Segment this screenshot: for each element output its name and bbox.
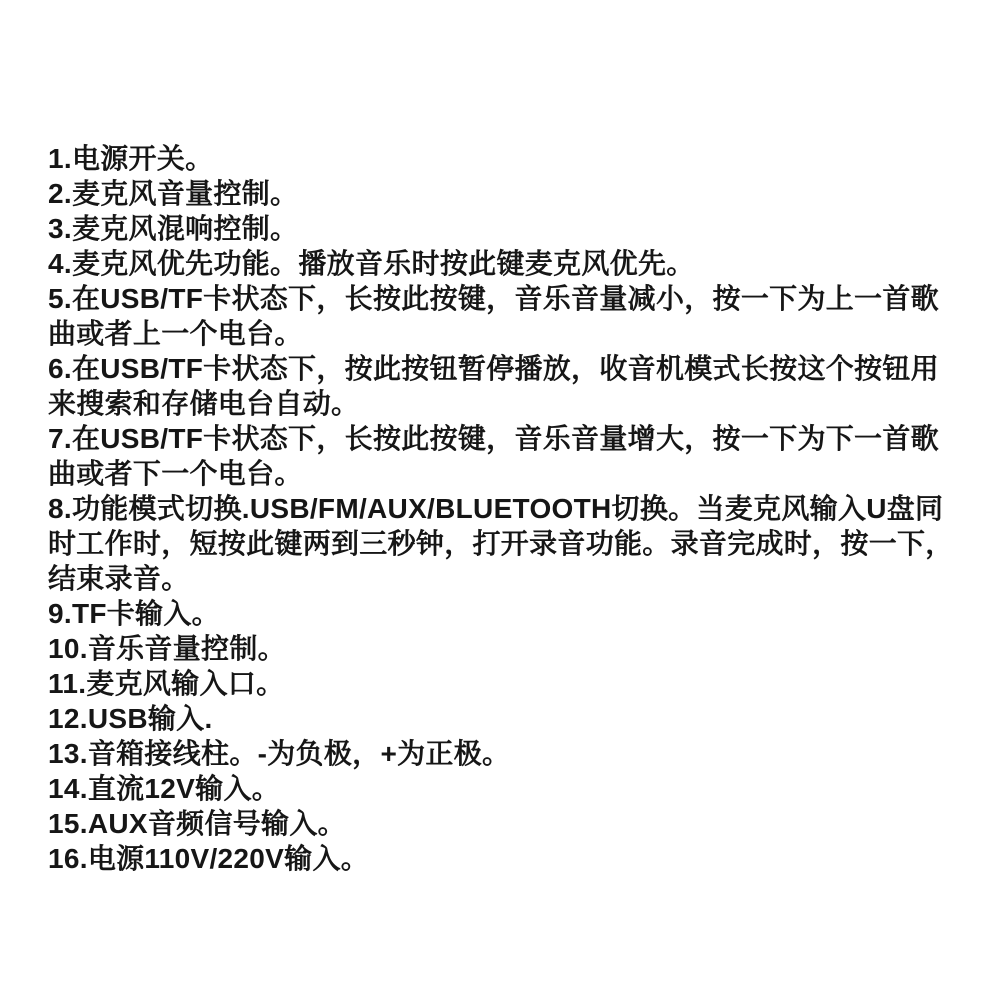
instruction-item: 16.电源110V/220V输入。 [48, 841, 963, 876]
instruction-item: 15.AUX音频信号输入。 [48, 806, 963, 841]
instruction-item: 3.麦克风混响控制。 [48, 211, 963, 246]
instruction-item: 10.音乐音量控制。 [48, 631, 963, 666]
instruction-list: 1.电源开关。 2.麦克风音量控制。 3.麦克风混响控制。 4.麦克风优先功能。… [48, 141, 963, 876]
instruction-item: 1.电源开关。 [48, 141, 963, 176]
instruction-item: 9.TF卡输入。 [48, 596, 963, 631]
instruction-item: 11.麦克风输入口。 [48, 666, 963, 701]
instruction-item: 12.USB输入. [48, 701, 963, 736]
instruction-item: 5.在USB/TF卡状态下，长按此按键，音乐音量减小，按一下为上一首歌曲或者上一… [48, 281, 963, 351]
instruction-item: 2.麦克风音量控制。 [48, 176, 963, 211]
instruction-item: 7.在USB/TF卡状态下，长按此按键，音乐音量增大，按一下为下一首歌曲或者下一… [48, 421, 963, 491]
instruction-item: 14.直流12V输入。 [48, 771, 963, 806]
instruction-item: 8.功能模式切换.USB/FM/AUX/BLUETOOTH切换。当麦克风输入U盘… [48, 491, 963, 596]
instruction-item: 6.在USB/TF卡状态下，按此按钮暂停播放，收音机模式长按这个按钮用来搜索和存… [48, 351, 963, 421]
instruction-item: 13.音箱接线柱。-为负极，+为正极。 [48, 736, 963, 771]
instruction-item: 4.麦克风优先功能。播放音乐时按此键麦克风优先。 [48, 246, 963, 281]
